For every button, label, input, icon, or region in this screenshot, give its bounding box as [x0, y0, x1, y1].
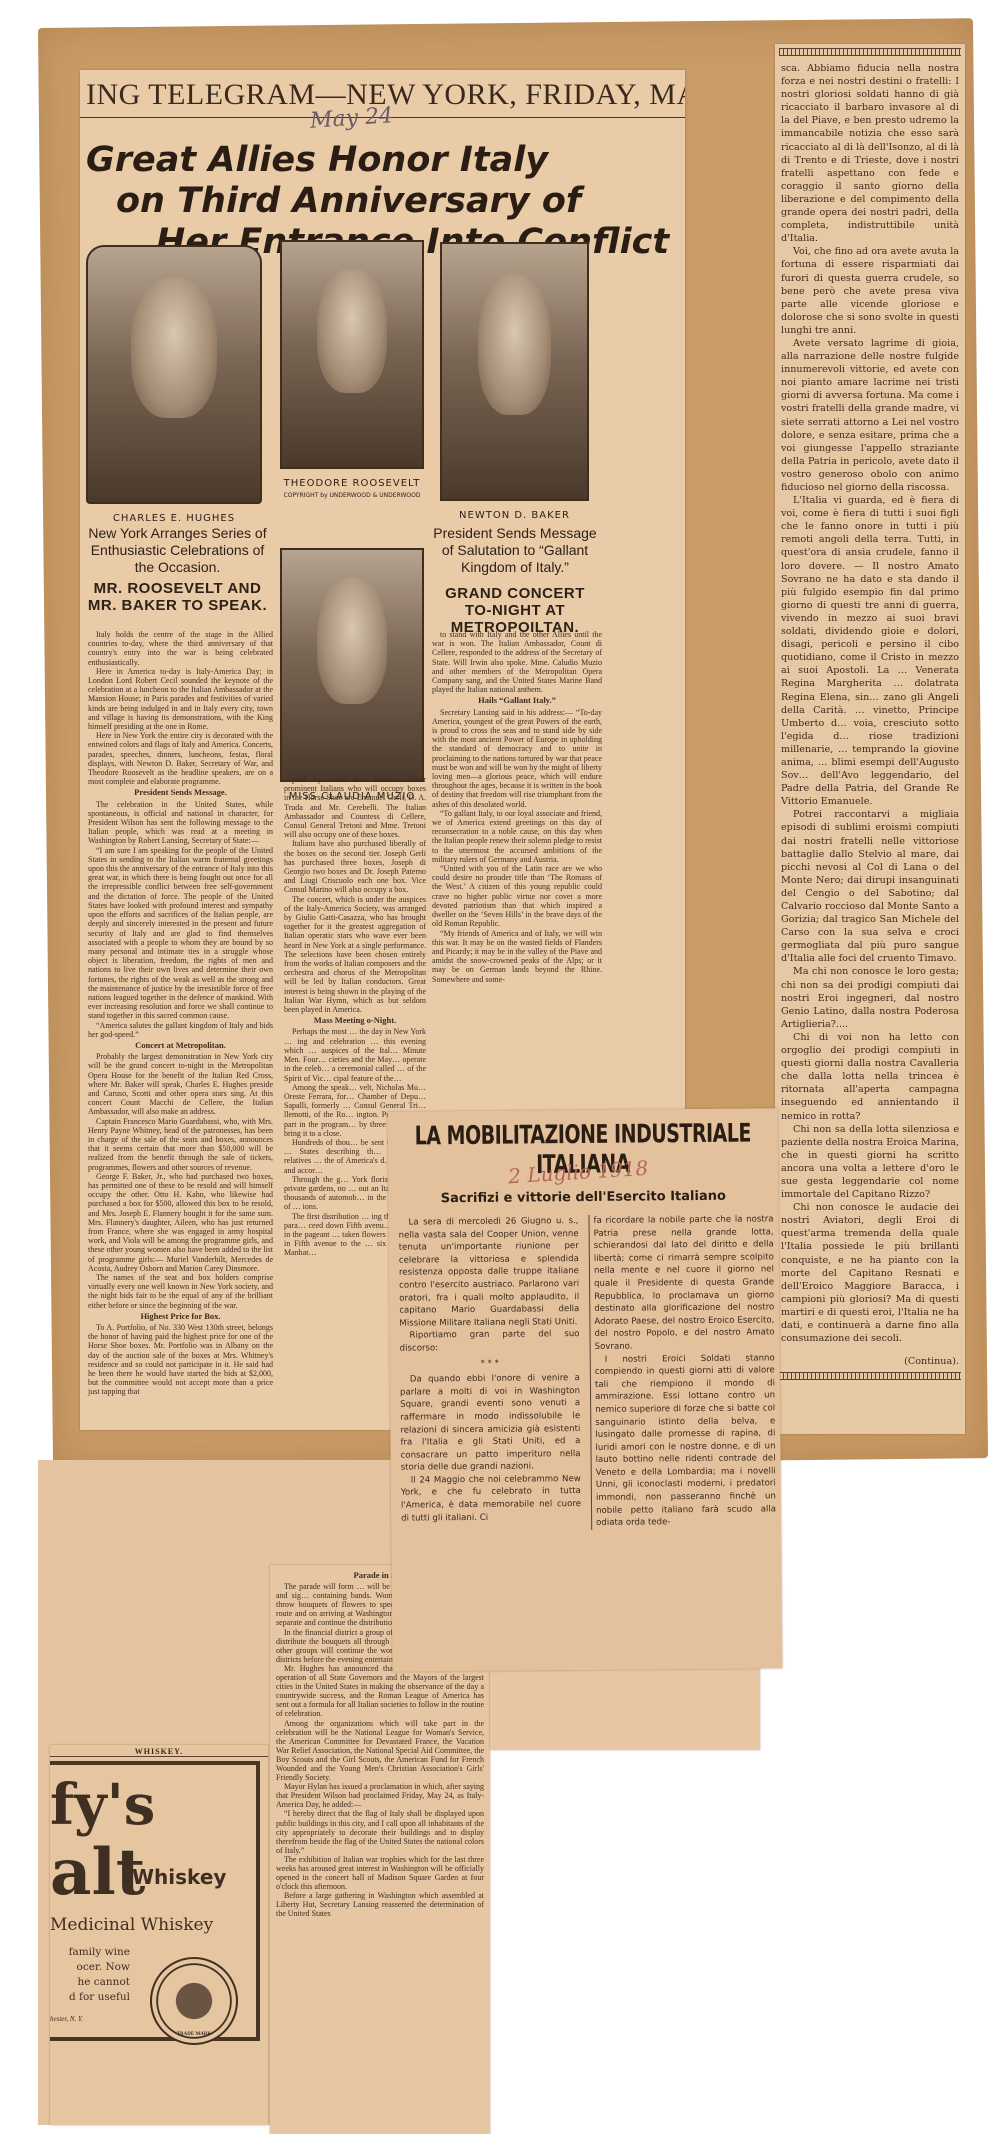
paragraph: “I hereby direct that the flag of Italy …: [276, 1809, 484, 1854]
italian-column-clipping: sca. Abbiamo fiducia nella nostra forza …: [775, 44, 965, 1434]
subhead: Highest Price for Box.: [88, 1312, 273, 1321]
paragraph: Here in America to-day is Italy-America …: [88, 667, 273, 731]
paragraph: Perhaps the most … the day in New York ……: [284, 1027, 426, 1082]
portrait-newton-baker: NEWTON D. BAKER: [440, 242, 589, 501]
portrait-claudia-muzio: MISS CLAUDIA MUZIO: [280, 548, 424, 782]
ad-section-label: WHISKEY.: [50, 1745, 268, 1757]
portrait-face: [131, 278, 217, 418]
paragraph: Here in New York the entire city is deco…: [88, 731, 273, 786]
portrait-credit: COPYRIGHT by UNDERWOOD & UNDERWOOD: [282, 492, 422, 499]
ad-copy-line: d for useful: [50, 1990, 130, 2005]
paragraph: Chi non conosce le audacie dei nostri Av…: [781, 1201, 959, 1345]
paragraph: fa ricordare la nobile parte che la nost…: [593, 1213, 774, 1353]
paragraph: Ma chi non conosce le loro gesta; chi no…: [781, 965, 959, 1030]
headline-line-1: Great Allies Honor Italy: [86, 140, 681, 181]
paragraph: Riportiamo gran parte del suo discorso:: [399, 1328, 579, 1355]
paragraph: Chi non sa della lotta silenziosa e pazi…: [781, 1123, 959, 1202]
deck-left-2: MR. ROOSEVELT AND MR. BAKER TO SPEAK.: [80, 580, 275, 614]
paragraph: “I am sure I am speaking for the people …: [88, 846, 273, 1021]
ad-city: hester, N. Y.: [50, 2015, 83, 2023]
paragraph: “To gallant Italy, to our loyal associat…: [432, 809, 602, 864]
paragraph: The exhibition of Italian war trophies w…: [276, 1855, 484, 1891]
ad-copy: family wine ocer. Now he cannot d for us…: [50, 1945, 130, 2005]
paragraph: Probably the largest demonstration in Ne…: [88, 1052, 273, 1116]
paragraph: L'Italia vi guarda, ed è fiera di voi, c…: [781, 494, 959, 808]
paragraph: Among the organizations which will take …: [276, 1719, 484, 1783]
portrait-face: [478, 275, 551, 415]
paragraph: “My friends of America and of Italy, we …: [432, 929, 602, 984]
paragraph: To A. Portfolio, of No. 330 West 130th s…: [88, 1323, 273, 1397]
paragraph: Avete versato lagrime di gioia, alla nar…: [781, 337, 959, 494]
paragraph: Secretary Lansing said in his address:— …: [432, 708, 602, 809]
italian-column-text: sca. Abbiamo fiducia nella nostra forza …: [775, 62, 965, 1368]
ornamental-rule: [779, 1372, 961, 1380]
mobilitazione-subtitle: Sacrifizi e vittorie dell'Esercito Itali…: [398, 1188, 768, 1206]
paragraph: Potrei raccontarvi a migliaia episodi di…: [781, 808, 959, 965]
paragraph: George F. Baker, Jr., who had purchased …: [88, 1172, 273, 1273]
portrait-caption: NEWTON D. BAKER: [442, 510, 587, 521]
ad-brand-word: Whiskey: [132, 1865, 226, 1889]
headline-line-2: on Third Anniversary of: [86, 181, 681, 222]
mobilitazione-column-right: fa ricordare la nobile parte che la nost…: [588, 1213, 776, 1529]
seal-text: TRADE MARK: [152, 2032, 236, 2037]
paragraph: I nostri Eroici Soldati stanno compiendo…: [595, 1352, 777, 1530]
mobilitazione-clipping: LA MOBILITAZIONE INDUSTRIALE ITALIANA 2 …: [388, 1108, 783, 1671]
ad-copy-line: family wine: [50, 1945, 130, 1960]
trademark-seal-icon: TRADE MARK: [150, 1957, 238, 2045]
paragraph: Mr. Hughes has announced that he had obt…: [276, 1664, 484, 1719]
paragraph: Mayor Hylan has issued a proclamation in…: [276, 1782, 484, 1809]
ad-tagline: Medicinal Whiskey: [50, 1915, 213, 1935]
paragraph: Da quando ebbi l'onore di venire a parla…: [400, 1372, 581, 1474]
paragraph: Chi di voi non ha letto con orgoglio dei…: [781, 1031, 959, 1123]
paragraph: sca. Abbiamo fiducia nella nostra forza …: [781, 62, 959, 245]
portrait-caption: THEODORE ROOSEVELT: [282, 478, 422, 489]
subhead: President Sends Message.: [88, 788, 273, 797]
paragraph: Italy holds the centre of the stage in t…: [88, 630, 273, 667]
paragraph: “United with you of the Latin race are w…: [432, 864, 602, 928]
ad-brand-line-1: fy's: [50, 1777, 155, 1833]
deck-left-1: New York Arranges Series of Enthusiastic…: [80, 525, 275, 576]
subhead: Mass Meeting o-Night.: [284, 1016, 426, 1025]
paragraph: Il 24 Maggio che noi celebrammo New York…: [401, 1473, 581, 1525]
paragraph: Before a large gathering in Washington w…: [276, 1891, 484, 1918]
paragraph: paid by other box holders. Other promine…: [284, 775, 426, 839]
ad-border: fy's alt Whiskey Medicinal Whiskey famil…: [50, 1761, 260, 2041]
paragraph: La sera di mercoledi 26 Giugno u. s., ne…: [398, 1215, 579, 1330]
paragraph: The concert, which is under the auspices…: [284, 895, 426, 1015]
portrait-charles-hughes: CHARLES E. HUGHES: [86, 245, 262, 504]
portrait-face: [317, 269, 387, 393]
paragraph: “America salutes the gallant kingdom of …: [88, 1021, 273, 1039]
section-break: * * *: [400, 1357, 580, 1371]
handwritten-date: May 24: [309, 103, 394, 134]
deck-right-1: President Sends Message of Salutation to…: [430, 525, 600, 576]
article-column-1: Italy holds the centre of the stage in t…: [88, 630, 273, 1397]
subhead: Concert at Metropolitan.: [88, 1041, 273, 1050]
continued-note: (Continua).: [781, 1355, 959, 1368]
ad-copy-line: ocer. Now: [50, 1960, 130, 1975]
portrait-caption: CHARLES E. HUGHES: [88, 513, 260, 524]
article-column-3: to stand with Italy and the other Allies…: [432, 630, 602, 984]
mobilitazione-column-left: La sera di mercoledi 26 Giugno u. s., ne…: [398, 1215, 581, 1525]
deck-right-2: GRAND CONCERT TO-NIGHT AT METROPOILTAN.: [430, 585, 600, 636]
paragraph: Voi, che fino ad ora avete avuta la fort…: [781, 245, 959, 337]
ornamental-rule: [779, 48, 961, 56]
paragraph: The celebration in the United States, wh…: [88, 800, 273, 846]
subhead: Hails “Gallant Italy.”: [432, 696, 602, 705]
portrait-theodore-roosevelt: THEODORE ROOSEVELT COPYRIGHT by UNDERWOO…: [280, 240, 424, 469]
paragraph: Italians have also purchased liberally o…: [284, 839, 426, 894]
ad-copy-line: he cannot: [50, 1975, 130, 1990]
paragraph: Captain Francesco Mario Guardabassi, who…: [88, 1117, 273, 1172]
portrait-face: [317, 578, 387, 705]
whiskey-advertisement: WHISKEY. fy's alt Whiskey Medicinal Whis…: [50, 1745, 268, 2125]
paragraph: The names of the seat and box holders co…: [88, 1273, 273, 1310]
paragraph: to stand with Italy and the other Allies…: [432, 630, 602, 694]
